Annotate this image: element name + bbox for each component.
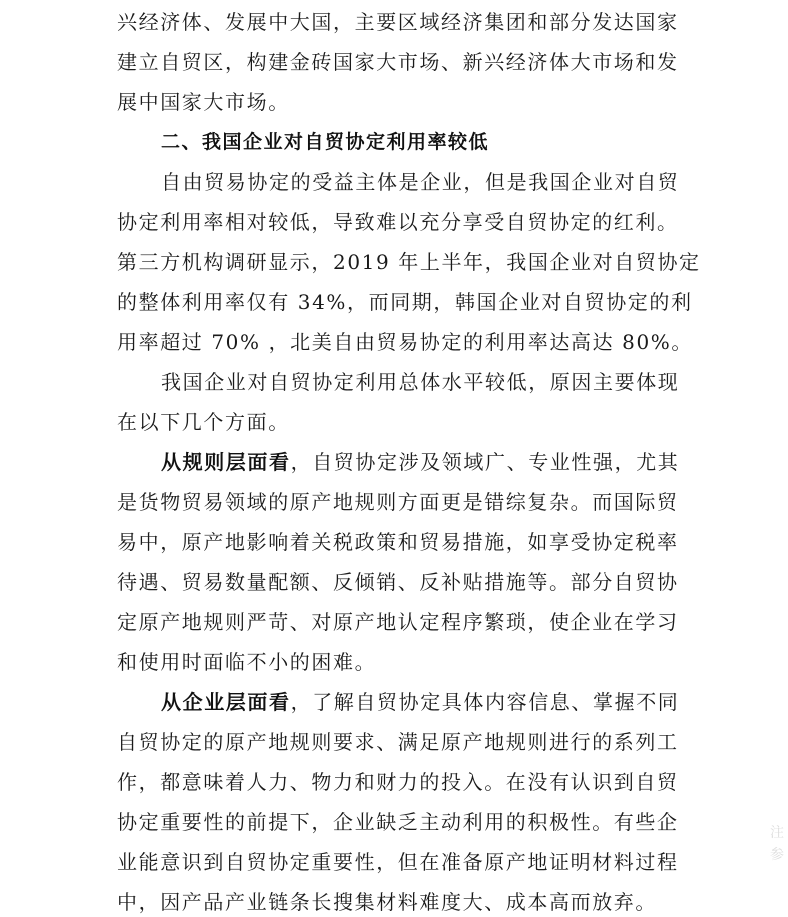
document-page: 兴经济体、发展中大国，主要区域经济集团和部分发达国家 建立自贸区，构建金砖国家大… <box>117 0 670 917</box>
text-line: 协定利用率相对较低，导致难以充分享受自贸协定的红利。 <box>117 202 670 242</box>
text-line: 第三方机构调研显示，2019 年上半年，我国企业对自贸协定 <box>117 242 670 282</box>
paragraph-lead-bold: 从企业层面看 <box>161 690 291 714</box>
text-line: 兴经济体、发展中大国，主要区域经济集团和部分发达国家 <box>117 2 670 42</box>
text-line: 从企业层面看，了解自贸协定具体内容信息、掌握不同 <box>117 682 670 722</box>
paragraph-rules-level: 从规则层面看，自贸协定涉及领域广、专业性强，尤其 是货物贸易领域的原产地规则方面… <box>117 442 670 682</box>
section-heading: 二、我国企业对自贸协定利用率较低 <box>117 122 670 162</box>
paragraph-enterprise-level: 从企业层面看，了解自贸协定具体内容信息、掌握不同 自贸协定的原产地规则要求、满足… <box>117 682 670 917</box>
text-line: 我国企业对自贸协定利用总体水平较低，原因主要体现 <box>117 362 670 402</box>
text-line: 是货物贸易领域的原产地规则方面更是错综复杂。而国际贸 <box>117 482 670 522</box>
edge-watermark-fragment: 注 参 <box>770 822 788 866</box>
text-line: 中，因产品产业链条长搜集材料难度大、成本高而放弃。 <box>117 882 670 917</box>
text-line: 自贸协定的原产地规则要求、满足原产地规则进行的系列工 <box>117 722 670 762</box>
text-line: 展中国家大市场。 <box>117 82 670 122</box>
continuation-paragraph: 兴经济体、发展中大国，主要区域经济集团和部分发达国家 建立自贸区，构建金砖国家大… <box>117 2 670 122</box>
text-line: 和使用时面临不小的困难。 <box>117 642 670 682</box>
text-line: 从规则层面看，自贸协定涉及领域广、专业性强，尤其 <box>117 442 670 482</box>
text-line: 易中，原产地影响着关税政策和贸易措施，如享受协定税率 <box>117 522 670 562</box>
paragraph-reasons-intro: 我国企业对自贸协定利用总体水平较低，原因主要体现 在以下几个方面。 <box>117 362 670 442</box>
text-line: 用率超过 70% ，北美自由贸易协定的利用率达高达 80%。 <box>117 322 670 362</box>
paragraph-first-line-text: ，自贸协定涉及领域广、专业性强，尤其 <box>291 450 680 474</box>
text-line: 的整体利用率仅有 34%，而同期，韩国企业对自贸协定的利 <box>117 282 670 322</box>
text-line: 作，都意味着人力、物力和财力的投入。在没有认识到自贸 <box>117 762 670 802</box>
paragraph-lead-bold: 从规则层面看 <box>161 450 291 474</box>
paragraph-utilization-rate: 自由贸易协定的受益主体是企业，但是我国企业对自贸 协定利用率相对较低，导致难以充… <box>117 162 670 362</box>
text-line: 建立自贸区，构建金砖国家大市场、新兴经济体大市场和发 <box>117 42 670 82</box>
text-line: 协定重要性的前提下，企业缺乏主动利用的积极性。有些企 <box>117 802 670 842</box>
paragraph-first-line-text: ，了解自贸协定具体内容信息、掌握不同 <box>291 690 680 714</box>
text-line: 自由贸易协定的受益主体是企业，但是我国企业对自贸 <box>117 162 670 202</box>
text-line: 定原产地规则严苛、对原产地认定程序繁琐，使企业在学习 <box>117 602 670 642</box>
text-line: 在以下几个方面。 <box>117 402 670 442</box>
text-line: 业能意识到自贸协定重要性，但在准备原产地证明材料过程 <box>117 842 670 882</box>
text-line: 待遇、贸易数量配额、反倾销、反补贴措施等。部分自贸协 <box>117 562 670 602</box>
